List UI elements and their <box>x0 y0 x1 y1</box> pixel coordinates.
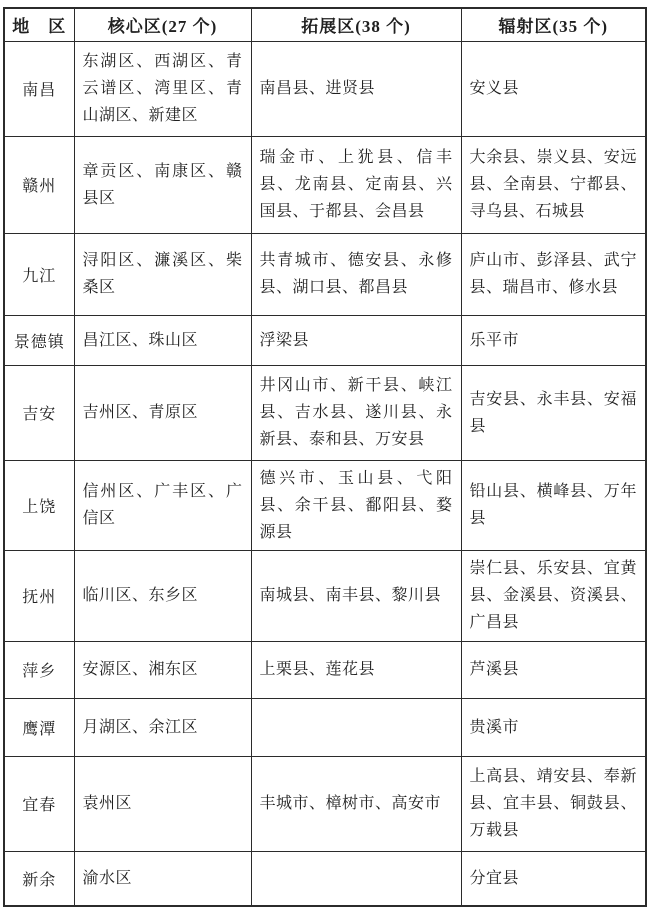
expand-cell <box>251 698 461 756</box>
table-row: 新余 渝水区 分宜县 <box>4 851 646 906</box>
expand-cell: 丰城市、樟树市、高安市 <box>251 756 461 851</box>
table-row: 抚州 临川区、东乡区 南城县、南丰县、黎川县 崇仁县、乐安县、宜黄县、金溪县、资… <box>4 550 646 641</box>
expand-cell: 上栗县、莲花县 <box>251 641 461 698</box>
core-cell: 章贡区、南康区、赣县区 <box>74 136 251 233</box>
region-cell: 吉安 <box>4 365 74 460</box>
expand-cell: 浮梁县 <box>251 315 461 365</box>
table-row: 吉安 吉州区、青原区 井冈山市、新干县、峡江县、吉水县、遂川县、永新县、泰和县、… <box>4 365 646 460</box>
core-cell: 安源区、湘东区 <box>74 641 251 698</box>
header-region: 地 区 <box>4 8 74 41</box>
radiate-cell: 吉安县、永丰县、安福县 <box>461 365 646 460</box>
table-row: 南昌 东湖区、西湖区、青云谱区、湾里区、青山湖区、新建区 南昌县、进贤县 安义县 <box>4 41 646 136</box>
region-cell: 新余 <box>4 851 74 906</box>
radiate-cell: 崇仁县、乐安县、宜黄县、金溪县、资溪县、广昌县 <box>461 550 646 641</box>
region-cell: 鹰潭 <box>4 698 74 756</box>
table-row: 鹰潭 月湖区、余江区 贵溪市 <box>4 698 646 756</box>
table-row: 景德镇 昌江区、珠山区 浮梁县 乐平市 <box>4 315 646 365</box>
table-row: 赣州 章贡区、南康区、赣县区 瑞金市、上犹县、信丰县、龙南县、定南县、兴国县、于… <box>4 136 646 233</box>
core-cell: 月湖区、余江区 <box>74 698 251 756</box>
radiate-cell: 安义县 <box>461 41 646 136</box>
region-cell: 南昌 <box>4 41 74 136</box>
core-cell: 吉州区、青原区 <box>74 365 251 460</box>
table-row: 宜春 袁州区 丰城市、樟树市、高安市 上高县、靖安县、奉新县、宜丰县、铜鼓县、万… <box>4 756 646 851</box>
region-zones-table: 地 区 核心区(27 个) 拓展区(38 个) 辐射区(35 个) 南昌 东湖区… <box>3 7 647 907</box>
region-cell: 宜春 <box>4 756 74 851</box>
core-cell: 信州区、广丰区、广信区 <box>74 460 251 550</box>
header-row: 地 区 核心区(27 个) 拓展区(38 个) 辐射区(35 个) <box>4 8 646 41</box>
core-cell: 渝水区 <box>74 851 251 906</box>
table-header: 地 区 核心区(27 个) 拓展区(38 个) 辐射区(35 个) <box>4 8 646 41</box>
radiate-cell: 乐平市 <box>461 315 646 365</box>
table-row: 萍乡 安源区、湘东区 上栗县、莲花县 芦溪县 <box>4 641 646 698</box>
radiate-cell: 分宜县 <box>461 851 646 906</box>
region-cell: 赣州 <box>4 136 74 233</box>
header-radiate: 辐射区(35 个) <box>461 8 646 41</box>
core-cell: 浔阳区、濂溪区、柴桑区 <box>74 233 251 315</box>
region-cell: 抚州 <box>4 550 74 641</box>
expand-cell: 南城县、南丰县、黎川县 <box>251 550 461 641</box>
core-cell: 东湖区、西湖区、青云谱区、湾里区、青山湖区、新建区 <box>74 41 251 136</box>
expand-cell <box>251 851 461 906</box>
expand-cell: 井冈山市、新干县、峡江县、吉水县、遂川县、永新县、泰和县、万安县 <box>251 365 461 460</box>
document-page: 地 区 核心区(27 个) 拓展区(38 个) 辐射区(35 个) 南昌 东湖区… <box>0 0 650 895</box>
region-cell: 上饶 <box>4 460 74 550</box>
expand-cell: 瑞金市、上犹县、信丰县、龙南县、定南县、兴国县、于都县、会昌县 <box>251 136 461 233</box>
header-expand: 拓展区(38 个) <box>251 8 461 41</box>
radiate-cell: 上高县、靖安县、奉新县、宜丰县、铜鼓县、万载县 <box>461 756 646 851</box>
table-body: 南昌 东湖区、西湖区、青云谱区、湾里区、青山湖区、新建区 南昌县、进贤县 安义县… <box>4 41 646 906</box>
radiate-cell: 芦溪县 <box>461 641 646 698</box>
region-cell: 萍乡 <box>4 641 74 698</box>
core-cell: 袁州区 <box>74 756 251 851</box>
radiate-cell: 大余县、崇义县、安远县、全南县、宁都县、寻乌县、石城县 <box>461 136 646 233</box>
table-row: 上饶 信州区、广丰区、广信区 德兴市、玉山县、弋阳县、余干县、鄱阳县、婺源县 铅… <box>4 460 646 550</box>
expand-cell: 共青城市、德安县、永修县、湖口县、都昌县 <box>251 233 461 315</box>
region-cell: 景德镇 <box>4 315 74 365</box>
table-row: 九江 浔阳区、濂溪区、柴桑区 共青城市、德安县、永修县、湖口县、都昌县 庐山市、… <box>4 233 646 315</box>
radiate-cell: 铅山县、横峰县、万年县 <box>461 460 646 550</box>
radiate-cell: 庐山市、彭泽县、武宁县、瑞昌市、修水县 <box>461 233 646 315</box>
radiate-cell: 贵溪市 <box>461 698 646 756</box>
region-cell: 九江 <box>4 233 74 315</box>
expand-cell: 南昌县、进贤县 <box>251 41 461 136</box>
core-cell: 昌江区、珠山区 <box>74 315 251 365</box>
header-core: 核心区(27 个) <box>74 8 251 41</box>
core-cell: 临川区、东乡区 <box>74 550 251 641</box>
expand-cell: 德兴市、玉山县、弋阳县、余干县、鄱阳县、婺源县 <box>251 460 461 550</box>
